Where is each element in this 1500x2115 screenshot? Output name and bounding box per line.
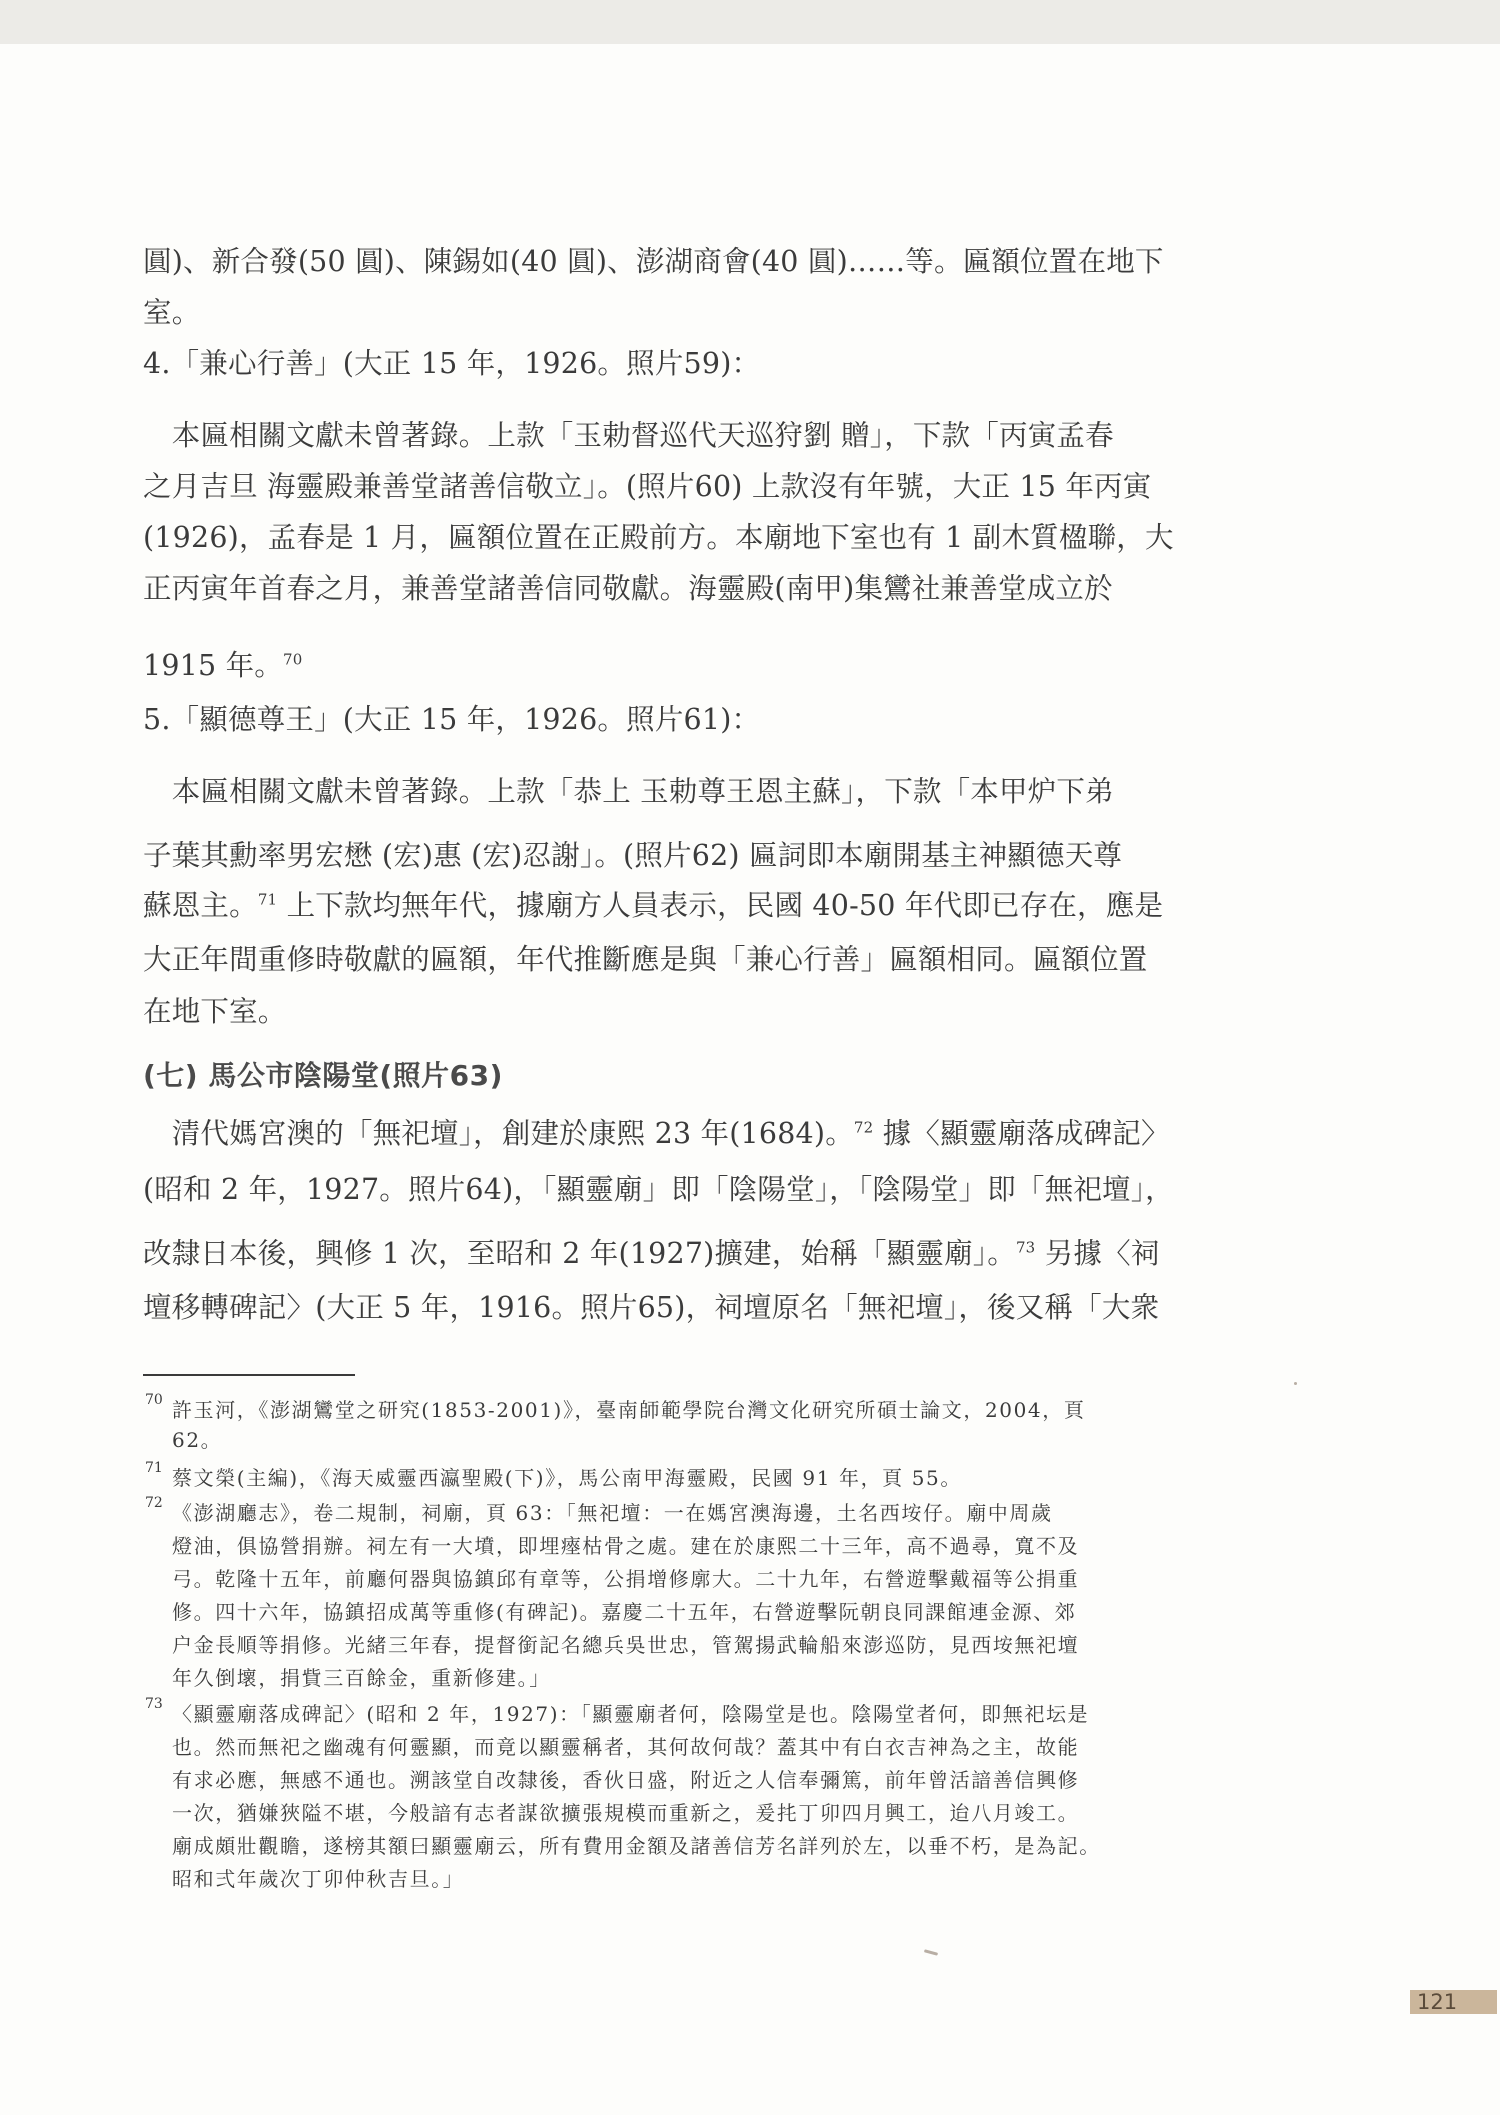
footnote-73-line-1: 〈顯靈廟落成碑記〉(昭和 2 年，1927)：「顯靈廟者何，陰陽堂是也。陰陽堂者… — [172, 1701, 1089, 1727]
footnote-71-line-1: 蔡文榮(主編)，《海天威靈西瀛聖殿(下)》，馬公南甲海靈殿，民國 91 年，頁 … — [172, 1465, 962, 1491]
footnote-72-line-4: 修。四十六年，協鎮招成萬等重修(有碑記)。嘉慶二十五年，右營遊擊阮朝良同課館連金… — [172, 1599, 1076, 1625]
footnote-73-line-3: 有求必應，無感不通也。溯該堂自改隸後，香伙日盛，附近之人信奉彌篤，前年曾活諳善信… — [172, 1767, 1079, 1793]
section-line-1-cont: 據〈顯靈廟落成碑記〉 — [873, 1117, 1169, 1150]
footnote-70-line-2: 62。 — [172, 1427, 222, 1453]
page-number-badge: 121 — [1410, 1990, 1497, 2014]
body-line-11: 子葉其勳率男宏懋 (宏)惠 (宏)忍謝」。(照片62) 匾詞即本廟開基主神顯德天… — [143, 838, 1122, 874]
footnote-ref-70[interactable]: 70 — [283, 651, 303, 669]
body-line-8: 1915 年。70 — [143, 648, 303, 684]
body-line-7: 正丙寅年首春之月，兼善堂諸善信同敬獻。海靈殿(南甲)集鸞社兼善堂成立於 — [143, 571, 1113, 607]
body-line-4: 本匾相關文獻未曾著錄。上款「玉勅督巡代天巡狩劉 贈」，下款「丙寅孟春 — [143, 418, 1114, 454]
body-line-8-text: 1915 年。 — [143, 649, 283, 682]
footnote-73-line-5: 廟成頗壯觀瞻，遂榜其額曰顯靈廟云，所有費用金額及諸善信芳名詳列於左，以垂不朽，是… — [172, 1833, 1101, 1859]
footnote-72-line-1: 《澎湖廳志》，卷二規制，祠廟，頁 63：「無祀壇：一在媽宮澳海邊，土名西垵仔。廟… — [172, 1500, 1053, 1526]
scan-speck — [924, 1949, 938, 1956]
section-heading: (七) 馬公市陰陽堂(照片63) — [143, 1058, 503, 1094]
body-line-12-cont: 上下款均無年代，據廟方人員表示，民國 40-50 年代即已存在，應是 — [277, 889, 1163, 922]
footnote-number-73: 73 — [145, 1697, 163, 1711]
footnote-73-line-6: 昭和弍年歲次丁卯仲秋吉旦。」 — [172, 1866, 464, 1892]
footnote-number-72: 72 — [145, 1496, 163, 1510]
section-line-2: (昭和 2 年，1927。照片64)，「顯靈廟」即「陰陽堂」，「陰陽堂」即「無祀… — [143, 1172, 1174, 1208]
body-line-10: 本匾相關文獻未曾著錄。上款「恭上 玉勅尊王恩主蘇」，下款「本甲炉下弟 — [143, 774, 1114, 810]
section-line-4: 壇移轉碑記〉(大正 5 年，1916。照片65)，祠壇原名「無祀壇」，後又稱「大… — [143, 1290, 1159, 1326]
body-line-5: 之月吉旦 海靈殿兼善堂諸善信敬立」。(照片60) 上款沒有年號，大正 15 年丙… — [143, 469, 1151, 505]
footnote-ref-71[interactable]: 71 — [258, 891, 278, 909]
footnote-72-line-3: 弓。乾隆十五年，前廳何器與協鎮邱有章等，公捐增修廓大。二十九年，右營遊擊戴福等公… — [172, 1566, 1079, 1592]
footnote-number-70: 70 — [145, 1393, 163, 1407]
footnote-73-line-4: 一次，猶嫌狹隘不堪，今般諳有志者謀欲擴張規模而重新之，爰扥丁卯四月興工，迨八月竣… — [172, 1800, 1079, 1826]
body-line-6: (1926)，孟春是 1 月，匾額位置在正殿前方。本廟地下室也有 1 副木質楹聯… — [143, 520, 1174, 556]
footnote-72-line-5: 户金長順等捐修。光緒三年春，提督銜記名總兵吳世忠，管駕揚武輪船來澎巡防，見西垵無… — [172, 1632, 1079, 1658]
item-5-title: 5.「顯德尊王」(大正 15 年，1926。照片61)： — [143, 702, 760, 738]
body-line-14: 在地下室。 — [143, 994, 287, 1030]
body-line-13: 大正年間重修時敬獻的匾額，年代推斷應是與「兼心行善」匾額相同。匾額位置 — [143, 942, 1148, 978]
body-line-12-text: 蘇恩主。 — [143, 889, 258, 922]
footnote-72-line-2: 燈油，俱協營捐辦。祠左有一大墳，即埋瘞枯骨之處。建在於康熙二十三年，高不過尋，寬… — [172, 1533, 1079, 1559]
item-4-title: 4.「兼心行善」(大正 15 年，1926。照片59)： — [143, 346, 760, 382]
footnote-73-line-2: 也。然而無祀之幽魂有何靈顯，而竟以顯靈稱者，其何故何哉？蓋其中有白衣吉神為之主，… — [172, 1734, 1079, 1760]
footnote-number-71: 71 — [145, 1461, 163, 1475]
section-line-1-text: 清代媽宮澳的「無祀壇」，創建於康熙 23 年(1684)。 — [143, 1117, 854, 1150]
body-line-2: 室。 — [143, 295, 200, 331]
body-line-1: 圓)、新合發(50 圓)、陳錫如(40 圓)、澎湖商會(40 圓)……等。匾額位… — [143, 244, 1164, 280]
document-page: 圓)、新合發(50 圓)、陳錫如(40 圓)、澎湖商會(40 圓)……等。匾額位… — [0, 0, 1500, 2115]
scan-speck — [1294, 1382, 1297, 1385]
section-line-3-cont: 另據〈祠 — [1035, 1237, 1159, 1270]
section-line-3: 改隸日本後，興修 1 次，至昭和 2 年(1927)擴建，始稱「顯靈廟」。73 … — [143, 1236, 1160, 1272]
body-line-12: 蘇恩主。71 上下款均無年代，據廟方人員表示，民國 40-50 年代即已存在，應… — [143, 888, 1163, 924]
footnote-70-line-1: 許玉河，《澎湖鸞堂之研究(1853-2001)》，臺南師範學院台灣文化研究所碩士… — [172, 1397, 1085, 1423]
footnote-72-line-6: 年久倒壞，捐貲三百餘金，重新修建。」 — [172, 1665, 551, 1691]
section-line-3-text: 改隸日本後，興修 1 次，至昭和 2 年(1927)擴建，始稱「顯靈廟」。 — [143, 1237, 1016, 1270]
footnote-separator — [143, 1374, 355, 1376]
footnote-ref-73[interactable]: 73 — [1016, 1239, 1036, 1257]
footnote-ref-72[interactable]: 72 — [854, 1119, 874, 1137]
section-line-1: 清代媽宮澳的「無祀壇」，創建於康熙 23 年(1684)。72 據〈顯靈廟落成碑… — [143, 1116, 1170, 1152]
